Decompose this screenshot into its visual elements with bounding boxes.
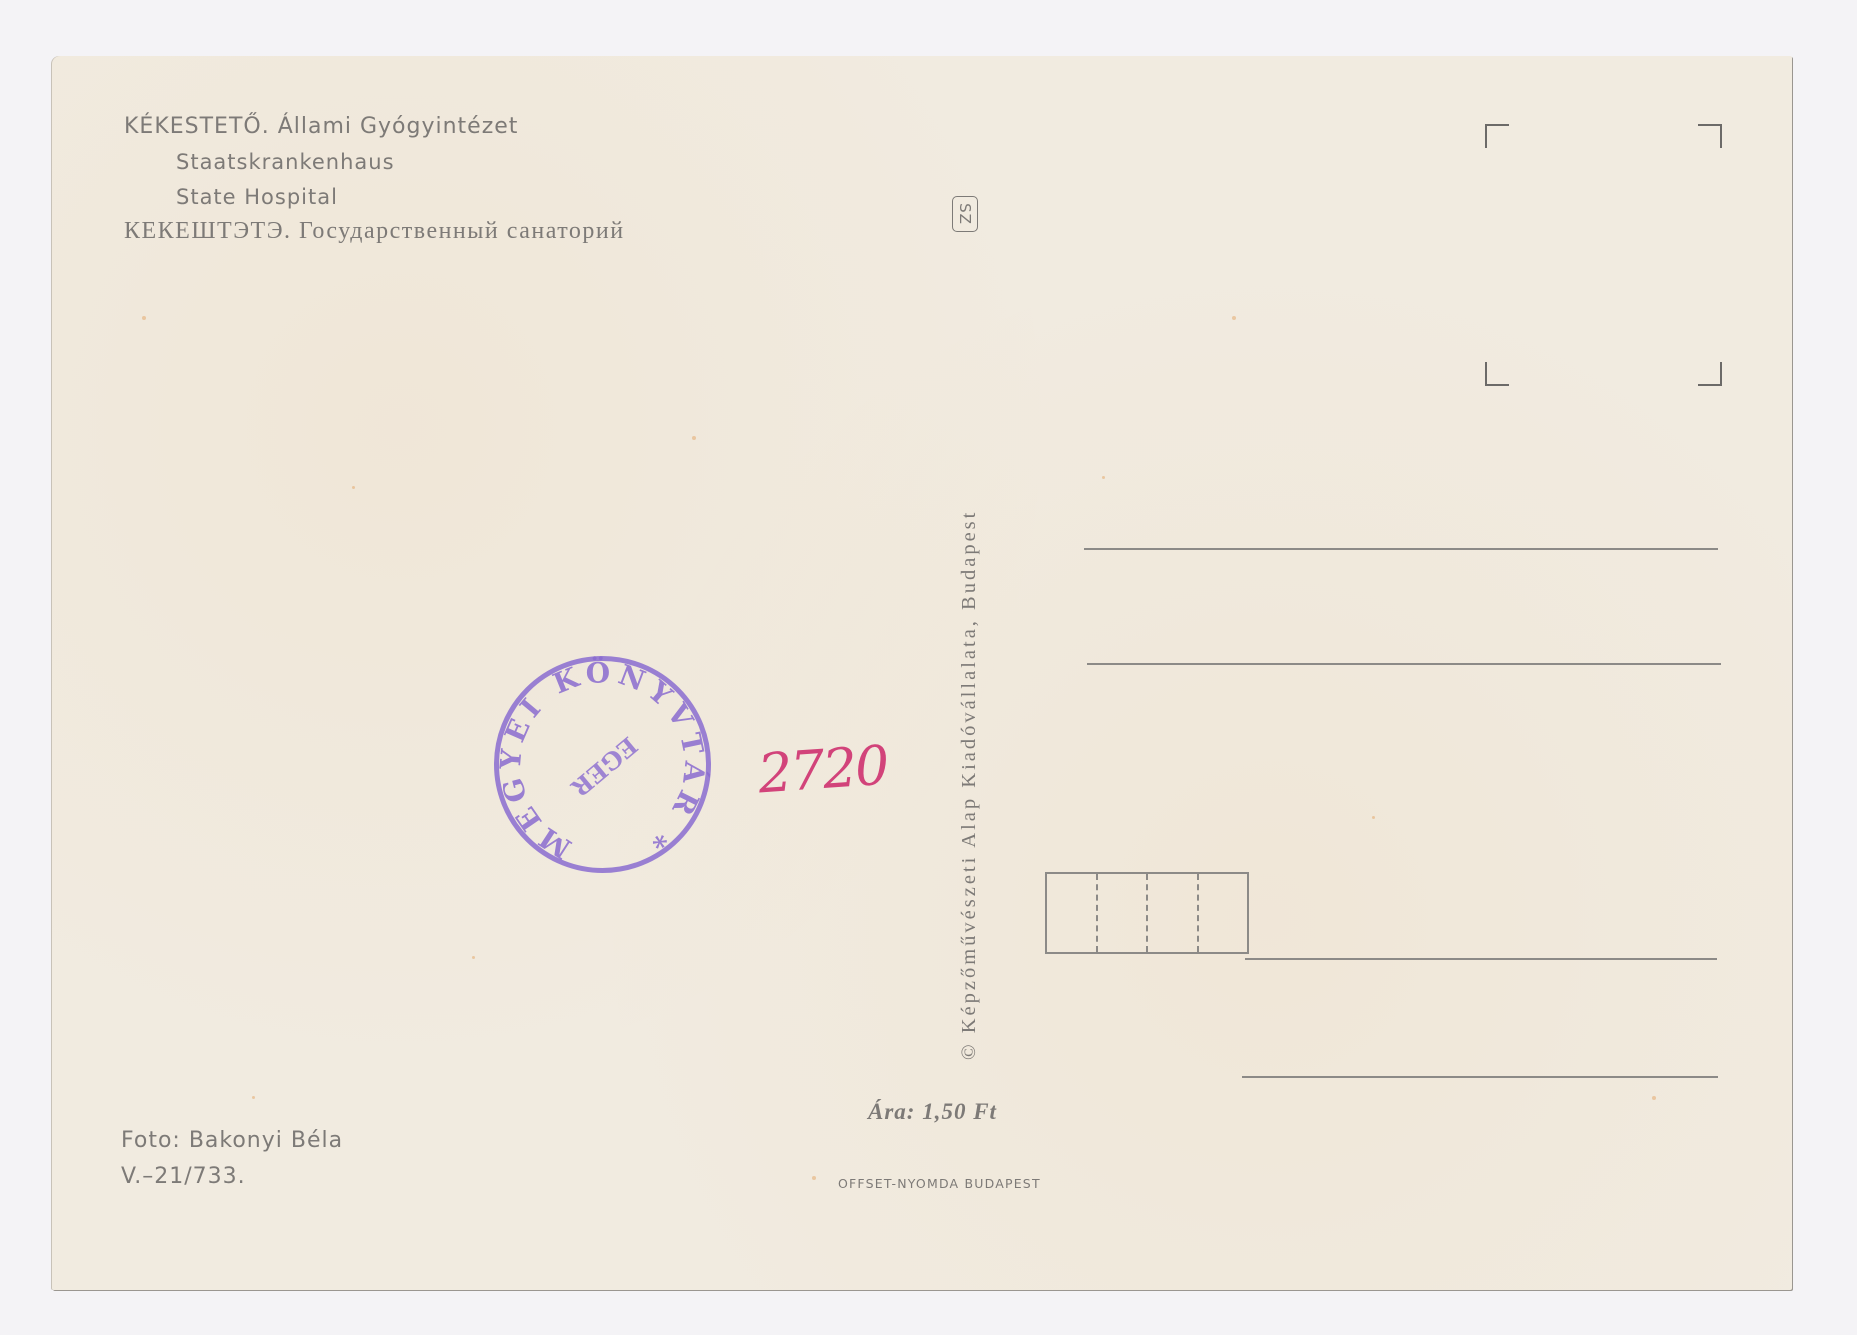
library-stamp: MEGYEI KÖNYVTÁR * EGER bbox=[490, 652, 715, 877]
publisher-text: Képzőművészeti Alap Kiadóvállalata, Buda… bbox=[958, 510, 980, 1034]
address-line-1 bbox=[1084, 548, 1718, 550]
caption-english: State Hospital bbox=[176, 185, 338, 209]
caption-german: Staatskrankenhaus bbox=[176, 150, 395, 174]
postcode-cell bbox=[1047, 874, 1096, 952]
postcode-cell bbox=[1146, 874, 1197, 952]
stamp-box-corner-tr bbox=[1698, 124, 1722, 148]
stamp-box-corner-tl bbox=[1485, 124, 1509, 148]
reference-number: V.–21/733. bbox=[121, 1164, 246, 1189]
printer-label: OFFSET-NYOMDA BUDAPEST bbox=[838, 1176, 1041, 1191]
photo-credit: Foto: Bakonyi Béla bbox=[121, 1128, 343, 1153]
caption-hungarian: KÉKESTETŐ. Állami Gyógyintézet bbox=[124, 114, 518, 139]
postcode-box bbox=[1045, 872, 1249, 954]
price-label: Ára: 1,50 Ft bbox=[868, 1099, 997, 1125]
address-line-3 bbox=[1245, 958, 1717, 960]
stamp-box-corner-br bbox=[1698, 362, 1722, 386]
publisher-logo: SZ bbox=[952, 196, 978, 232]
postcode-cell bbox=[1096, 874, 1147, 952]
postcode-cell bbox=[1197, 874, 1248, 952]
svg-text:EGER: EGER bbox=[565, 731, 643, 803]
publisher-line: © Képzőművészeti Alap Kiadóvállalata, Bu… bbox=[958, 510, 981, 1060]
copyright-icon: © bbox=[958, 1041, 980, 1060]
caption-russian: КЕКЕШТЭТЭ. Государственный санаторий bbox=[124, 218, 625, 245]
address-line-2 bbox=[1087, 663, 1721, 665]
handwritten-number: 2720 bbox=[756, 734, 890, 806]
address-line-4 bbox=[1242, 1076, 1718, 1078]
stamp-box-corner-bl bbox=[1485, 362, 1509, 386]
